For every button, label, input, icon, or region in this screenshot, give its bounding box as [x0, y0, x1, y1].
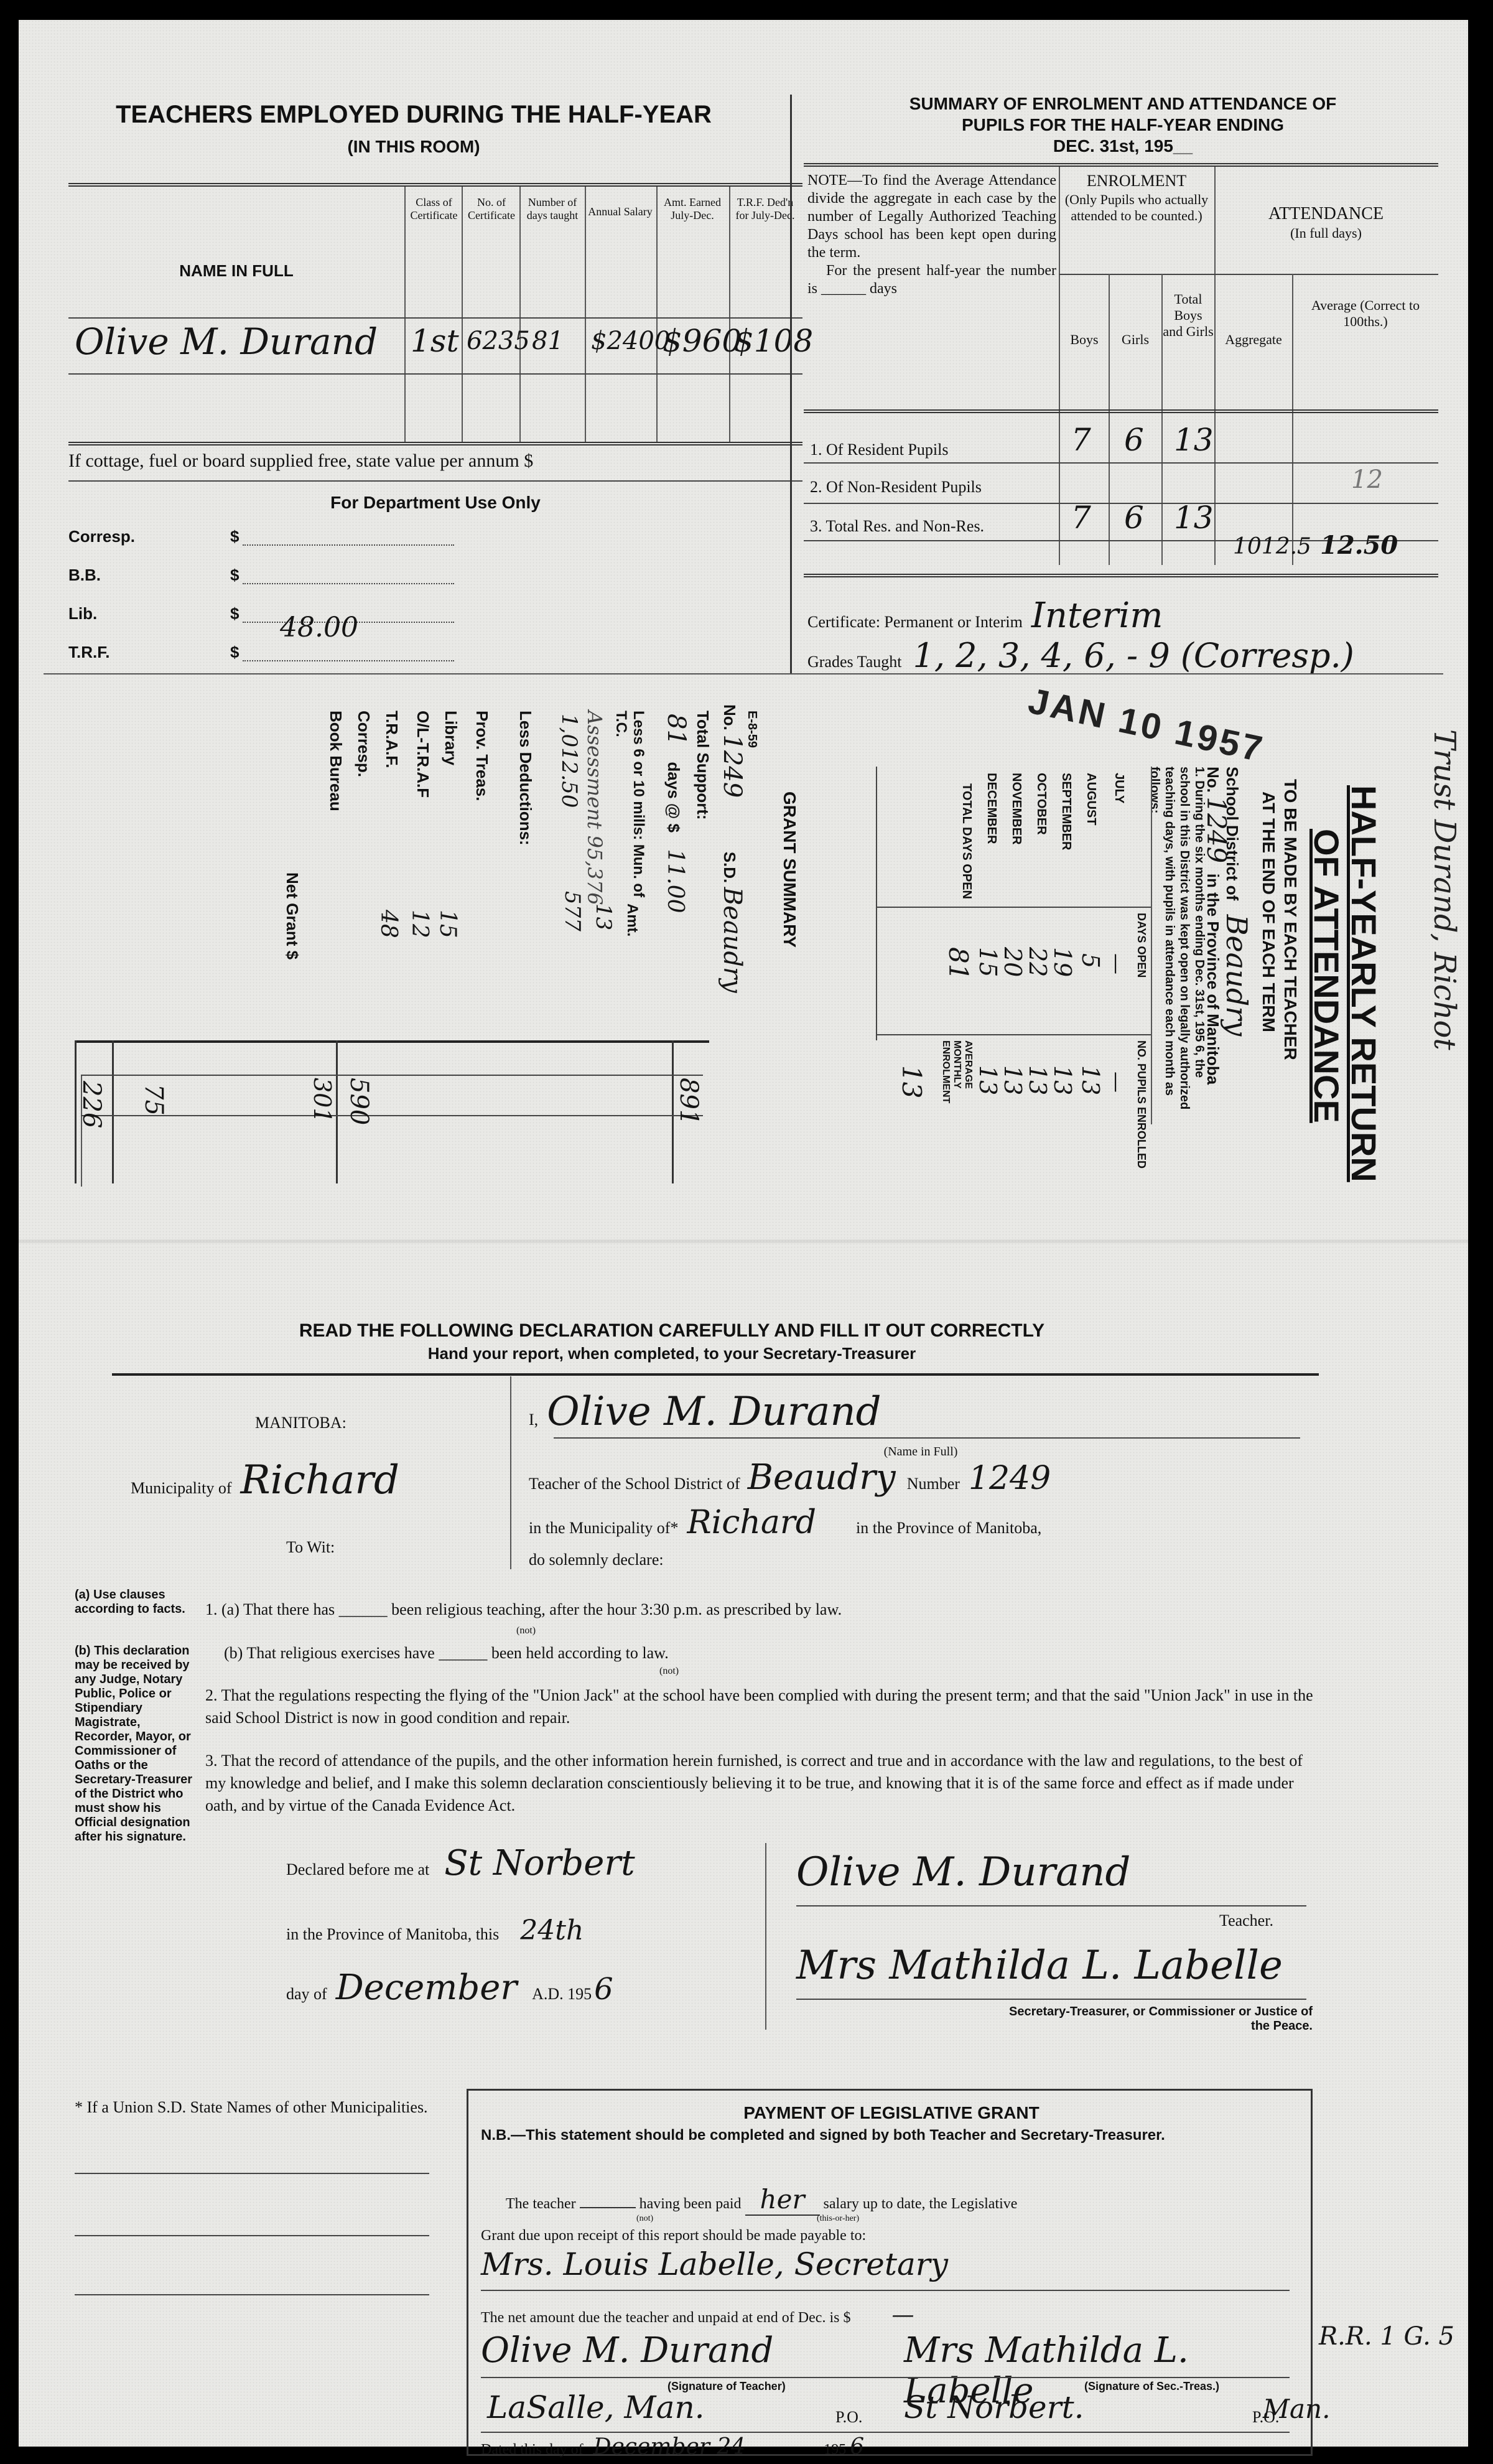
less-amount-2: 577: [560, 891, 585, 931]
payment-nb: N.B.—This statement should be completed …: [481, 2127, 1302, 2144]
cert-class: 1st: [411, 323, 459, 359]
sig-sec-caption: (Signature of Sec.-Treas.): [1084, 2380, 1219, 2393]
col-certno-header: No. of Certificate: [463, 196, 519, 222]
net-grant-value: 226: [77, 1081, 106, 1128]
side-note-a: (a) Use clauses according to facts.: [75, 1588, 193, 1617]
return-subtitle2: AT THE END OF EACH TERM: [1258, 791, 1278, 1032]
cottage-note: If cottage, fuel or board supplied free,…: [68, 450, 802, 472]
summary-row-resident: 1. Of Resident Pupils 7 6 13: [804, 422, 1438, 465]
library-amount: 48.00: [280, 612, 358, 643]
dept-row-lib: Lib. $ 48.00: [68, 604, 454, 643]
department-use-list: Corresp. $ B.B. $ Lib. $ 48.00 T.R.F. $: [68, 527, 454, 681]
average-total: 12.50: [1320, 531, 1398, 560]
certificate-line: Certificate: Permanent or Interim Interi…: [807, 595, 1442, 636]
trf-deduction: $108: [734, 323, 813, 359]
rr-note: R.R. 1 G. 5: [1319, 2322, 1454, 2351]
grant-no-line: No. 1249 S.D. Beaudry: [718, 704, 746, 1140]
clause-2: 2. That the regulations respecting the f…: [205, 1684, 1325, 1729]
total-days-open: 81: [943, 947, 974, 980]
union-sd-note: * If a Union S.D. State Names of other M…: [75, 2098, 435, 2117]
net-grant-label: Net Grant $: [282, 872, 302, 959]
less-deductions-label: Less Deductions:: [516, 711, 535, 846]
payment-line2: Grant due upon receipt of this report sh…: [481, 2228, 1302, 2244]
monthly-attendance-table: DAYS OPEN NO. PUPILS ENROLLED JULY — — A…: [877, 767, 1151, 1127]
teachers-subtitle: (IN THIS ROOM): [56, 137, 771, 157]
received-date-stamp: JAN 10 1957: [1025, 680, 1268, 771]
col-aggregate: Aggregate: [1216, 332, 1291, 348]
attendance-header: ATTENDANCE: [1216, 204, 1436, 224]
col-boys: Boys: [1060, 332, 1109, 348]
sec-province: Man.: [1263, 2394, 1330, 2424]
department-use-title: For Department Use Only: [68, 493, 802, 513]
grades-value: 1, 2, 3, 4, 6, - 9 (Corresp.): [913, 636, 1354, 675]
total-support-line: 81 days @ $ 11.00: [662, 714, 691, 913]
teacher-name: Olive M. Durand: [75, 320, 378, 363]
grant-totals-box: 226 75 301 590 891: [75, 1040, 709, 1196]
declarant-name-field: I, Olive M. Durand: [529, 1389, 1313, 1435]
municipality-field: Municipality of Richard: [131, 1457, 504, 1503]
teachers-title: TEACHERS EMPLOYED DURING THE HALF-YEAR: [56, 101, 771, 129]
total-support-value: 891: [674, 1078, 703, 1125]
col-salary-header: Annual Salary: [586, 205, 654, 218]
return-subtitle1: TO BE MADE BY EACH TEACHER: [1280, 779, 1300, 1060]
enrolment-subheader: (Only Pupils who actually attended to be…: [1062, 192, 1211, 224]
paper-fold: [19, 1239, 1468, 1243]
amount-earned: $960: [663, 323, 742, 359]
teacher-post-office: LaSalle, Man.: [487, 2389, 705, 2425]
teachers-table: NAME IN FULL Class of Certificate No. of…: [68, 187, 802, 442]
dept-row-trf: T.R.F. $: [68, 643, 454, 681]
grades-line: Grades Taught 1, 2, 3, 4, 6, - 9 (Corres…: [807, 636, 1492, 675]
enrolment-header: ENROLMENT: [1062, 172, 1211, 190]
cert-number: 6235: [467, 327, 530, 355]
col-total: Total Boys and Girls: [1163, 291, 1214, 340]
scanned-form-page: TEACHERS EMPLOYED DURING THE HALF-YEAR (…: [19, 20, 1468, 2447]
teacher-signature: Olive M. Durand: [796, 1849, 1130, 1895]
col-trf-header: T.R.F. Ded'n for July-Dec.: [731, 196, 799, 222]
col-class-header: Class of Certificate: [407, 196, 460, 222]
clause-3: 3. That the record of attendance of the …: [205, 1750, 1325, 1817]
payable-to: Mrs. Louis Labelle, Secretary: [481, 2246, 948, 2282]
paid-pronoun: her: [745, 2184, 820, 2216]
less-mills-label: Less 6 or 10 mills: Mun. of T.C.: [612, 711, 647, 910]
manitoba-label: MANITOBA:: [255, 1414, 347, 1432]
aggregate-calc: 1,012.50: [557, 714, 582, 808]
declarant-municipality-field: in the Municipality of* Richard in the P…: [529, 1504, 1313, 1541]
deductions-list: Prov. Treas. Library 15 O/L-T.R.A.F 12 T…: [143, 711, 491, 1059]
col-earned-header: Amt. Earned July-Dec.: [658, 196, 727, 222]
table-row: Olive M. Durand 1st 6235 81 $2400 $960 $…: [68, 320, 802, 370]
sec-treasurer-caption: Secretary-Treasurer, or Commissioner or …: [989, 2005, 1313, 2033]
sec-treasurer-signature: Mrs Mathilda L. Labelle: [796, 1943, 1283, 1989]
deductions-total: 75: [139, 1084, 168, 1116]
col-days-header: Number of days taught: [521, 196, 584, 222]
subtotal-value: 590: [345, 1078, 373, 1125]
col-average: Average (Correct to 100ths.): [1294, 297, 1437, 330]
assessment-calc: Assessment 95,376: [583, 711, 607, 905]
to-wit-label: To Wit:: [286, 1538, 335, 1557]
average-monthly-enrolment: 13: [896, 1065, 927, 1098]
summary-note: NOTE—To find the Average Attendance divi…: [807, 172, 1056, 298]
dept-row-corresp: Corresp. $: [68, 527, 454, 566]
certificate-value: Interim: [1031, 595, 1163, 636]
remainder-value: 301: [309, 1078, 336, 1123]
summary-row-nonresident: 2. Of Non-Resident Pupils 12: [804, 465, 1438, 503]
attendance-subheader: (In full days): [1216, 225, 1436, 241]
dated-line: Dated this day of December 24 195 6: [481, 2434, 1302, 2460]
col-name-header: NAME IN FULL: [68, 261, 404, 281]
col-girls: Girls: [1110, 332, 1161, 348]
payment-title: PAYMENT OF LEGISLATIVE GRANT: [468, 2103, 1314, 2123]
total-support-label: Total Support:: [693, 711, 712, 820]
grant-summary-header: E-8-59: [745, 711, 759, 748]
margin-handwritten-note: Trust Durand, Richot: [1427, 729, 1462, 1050]
clause-1b: (b) That religious exercises have ______…: [224, 1644, 1281, 1663]
payment-box: PAYMENT OF LEGISLATIVE GRANT N.B.—This s…: [467, 2089, 1313, 2456]
payment-line1: The teacher having been paid her salary …: [506, 2184, 1302, 2216]
amt-header: Amt.: [623, 903, 641, 936]
return-title-line1: HALF-YEARLY RETURN: [1344, 785, 1384, 1182]
school-district-field: Teacher of the School District of Beaudr…: [529, 1457, 1313, 1498]
declared-month-field: day of December A.D. 195 6: [286, 1967, 759, 2008]
less-amount-1: 13: [591, 903, 616, 930]
side-note-b: (b) This declaration may be received by …: [75, 1644, 193, 1844]
declaration-title: READ THE FOLLOWING DECLARATION CAREFULLY…: [112, 1320, 1232, 1342]
payment-teacher-signature: Olive M. Durand: [481, 2330, 773, 2371]
aggregate-total: 1012.5: [1233, 534, 1311, 559]
declared-place-field: Declared before me at St Norbert: [286, 1843, 759, 1883]
days-taught: 81: [532, 327, 564, 355]
grant-summary-title: GRANT SUMMARY: [779, 791, 799, 948]
summary-title: SUMMARY OF ENROLMENT AND ATTENDANCE OF P…: [802, 93, 1443, 157]
do-declare: do solemnly declare:: [529, 1551, 664, 1569]
clause-1a: 1. (a) That there has ______ been religi…: [205, 1600, 1325, 1619]
annual-salary: $2400: [591, 327, 670, 355]
teacher-caption: Teacher.: [1219, 1911, 1273, 1930]
summary-table: NOTE—To find the Average Attendance divi…: [804, 167, 1438, 565]
declared-day-field: in the Province of Manitoba, this 24th: [286, 1915, 759, 1946]
net-amount-line: The net amount due the teacher and unpai…: [481, 2302, 1302, 2328]
sec-post-office: St Norbert.: [904, 2389, 1084, 2425]
declaration-subtitle: Hand your report, when completed, to you…: [112, 1344, 1232, 1363]
return-clause: 1. During the six months ending Dec. 31s…: [1147, 767, 1207, 1115]
return-title-line2: OF ATTENDANCE: [1306, 829, 1347, 1123]
dept-row-bb: B.B. $: [68, 566, 454, 604]
net-amount-value: —: [891, 2302, 914, 2328]
